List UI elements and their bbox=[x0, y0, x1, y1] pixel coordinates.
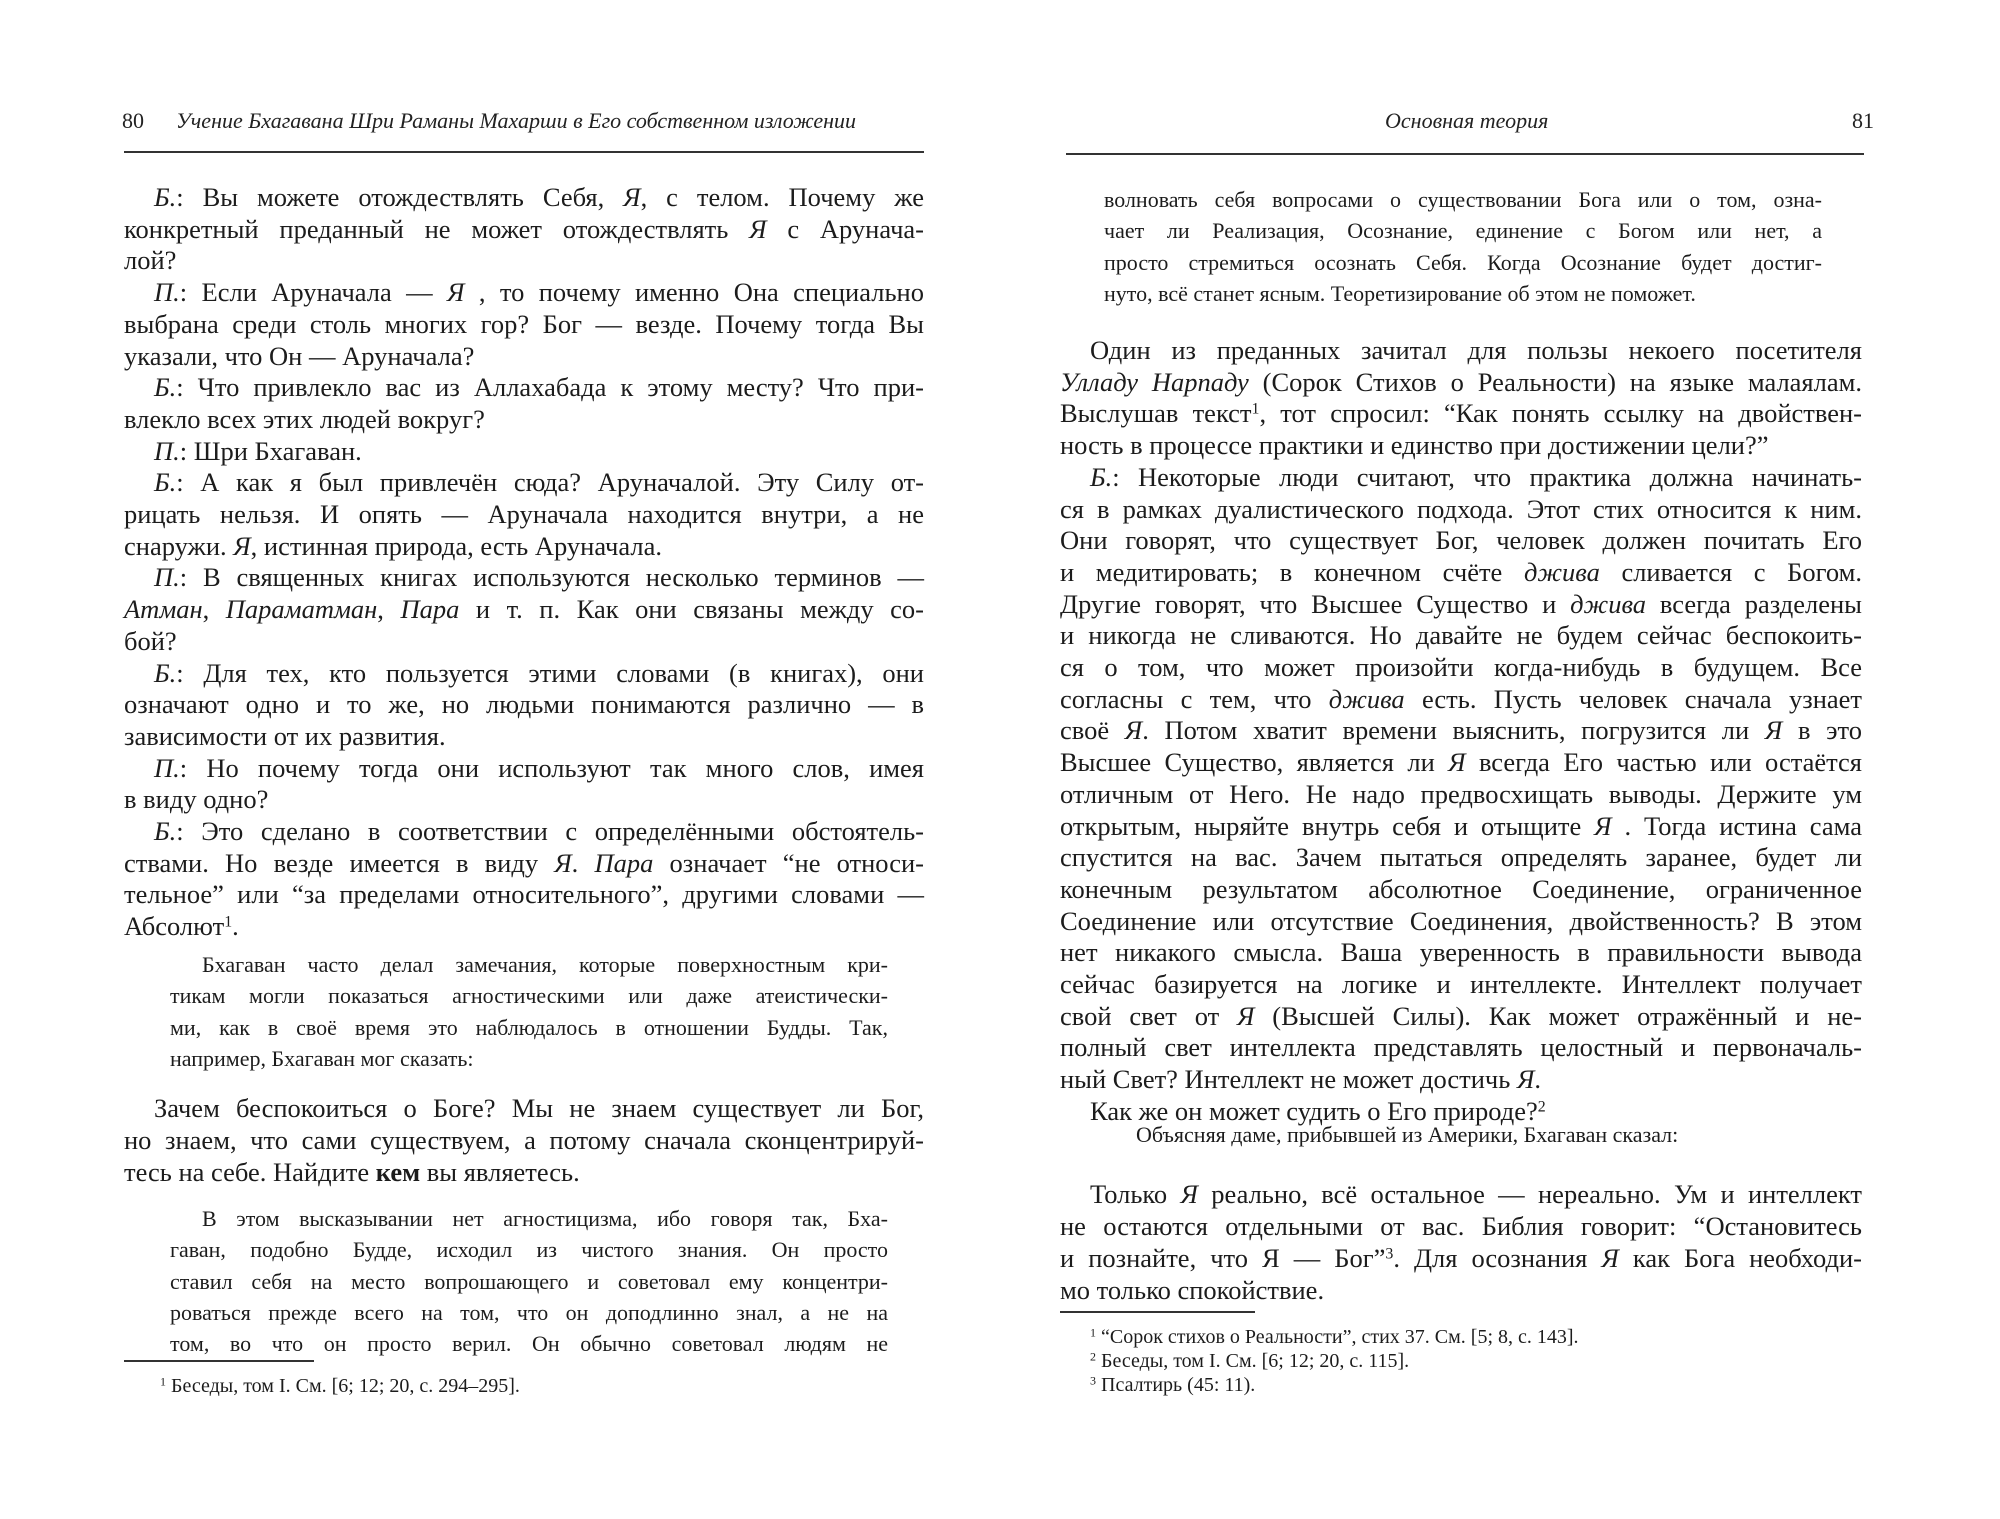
dialogue-line: влекло всех этих людей вокруг? bbox=[124, 403, 485, 435]
dialogue-line: сейчас базируется на логике и интеллекте… bbox=[1060, 968, 1862, 1000]
dialogue-line: своё Я. Потом хватит времени выяснить, п… bbox=[1060, 714, 1862, 746]
footnote-rule bbox=[1060, 1311, 1255, 1313]
footnote: 2 Беседы, том I. См. [6; 12; 20, с. 115]… bbox=[1090, 1349, 1409, 1373]
dialogue-line: ствами. Но везде имеется в виду Я. Пара … bbox=[124, 847, 924, 879]
commentary-line: роваться прежде всего на том, что он доп… bbox=[170, 1297, 888, 1328]
dialogue-line: бой? bbox=[124, 625, 177, 657]
commentary-line: чает ли Реализация, Осознание, единение … bbox=[1104, 215, 1822, 246]
dialogue-line: Они говорят, что существует Бог, человек… bbox=[1060, 524, 1862, 556]
commentary-line: просто стремиться осознать Себя. Когда О… bbox=[1104, 247, 1822, 278]
commentary-line: Бхагаван часто делал замечания, которые … bbox=[202, 949, 888, 980]
dialogue-line: Выслушав текст1, тот спросил: “Как понят… bbox=[1060, 397, 1862, 429]
footnote: 1 Беседы, том I. См. [6; 12; 20, с. 294–… bbox=[160, 1374, 520, 1398]
dialogue-line: ся о том, что может произойти когда-нибу… bbox=[1060, 651, 1862, 683]
dialogue-line: лой? bbox=[124, 244, 176, 276]
dialogue-line: означают одно и то же, но людьми понимаю… bbox=[124, 688, 924, 720]
commentary-line: гаван, подобно Будде, исходил из чистого… bbox=[170, 1234, 888, 1265]
footnote-rule bbox=[124, 1360, 314, 1362]
commentary-line: ми, как в своё время это наблюдалось в о… bbox=[170, 1012, 888, 1043]
dialogue-line: Другие говорят, что Высшее Существо и дж… bbox=[1060, 588, 1862, 620]
dialogue-line: конечным результатом абсолютное Соединен… bbox=[1060, 873, 1862, 905]
dialogue-line: Высшее Существо, является ли Я всегда Ег… bbox=[1060, 746, 1862, 778]
commentary-line: нуто, всё станет ясным. Теоретизирование… bbox=[1104, 278, 1696, 309]
dialogue-line: Атман, Параматман, Пара и т. п. Как они … bbox=[124, 593, 924, 625]
dialogue-line: снаружи. Я, истинная природа, есть Аруна… bbox=[124, 530, 662, 562]
dialogue-line: указали, что Он — Аруначала? bbox=[124, 340, 474, 372]
dialogue-line: ный Свет? Интеллект не может достичь Я. bbox=[1060, 1063, 1541, 1095]
dialogue-line: Б.: Это сделано в соответствии с определ… bbox=[154, 815, 924, 847]
quote-line: и познайте, что Я — Бог”3. Для осознания… bbox=[1060, 1242, 1862, 1274]
dialogue-line: открытым, ныряйте внутрь себя и отыщите … bbox=[1060, 810, 1862, 842]
dialogue-line: Абсолют1. bbox=[124, 910, 239, 942]
commentary-line: В этом высказывании нет агностицизма, иб… bbox=[202, 1203, 888, 1234]
quote-line: Зачем беспокоиться о Боге? Мы не знаем с… bbox=[154, 1092, 924, 1124]
running-head: Учение Бхагавана Шри Раманы Махарши в Ег… bbox=[176, 108, 856, 134]
commentary-line: волновать себя вопросами о существовании… bbox=[1104, 184, 1822, 215]
dialogue-line: и медитировать; в конечном счёте джива с… bbox=[1060, 556, 1862, 588]
page-number: 80 bbox=[122, 108, 144, 134]
dialogue-line: нет никакого смысла. Ваша уверенность в … bbox=[1060, 936, 1862, 968]
dialogue-line: ность в процессе практики и единство при… bbox=[1060, 429, 1769, 461]
dialogue-line: зависимости от их развития. bbox=[124, 720, 446, 752]
header-rule bbox=[124, 151, 924, 153]
dialogue-line: П.: В священных книгах используются неск… bbox=[154, 561, 924, 593]
dialogue-line: рицать нельзя. И опять — Аруначала наход… bbox=[124, 498, 924, 530]
commentary-line: ставил себя на место вопрошающего и сове… bbox=[170, 1266, 888, 1297]
dialogue-line: и никогда не сливаются. Но давайте не бу… bbox=[1060, 619, 1862, 651]
dialogue-line: тельное” или “за пределами относительног… bbox=[124, 878, 924, 910]
right-page: Основная теория 81 волновать себя вопрос… bbox=[1000, 0, 2000, 1519]
quote-line: тесь на себе. Найдите кем вы являетесь. bbox=[124, 1156, 580, 1188]
page-number: 81 bbox=[1852, 108, 1874, 134]
quote-line: не остаются отдельными от вас. Библия го… bbox=[1060, 1210, 1862, 1242]
dialogue-line: Б.: Вы можете отождествлять Себя, Я, с т… bbox=[154, 181, 924, 213]
footnote: 3 Псалтирь (45: 11). bbox=[1090, 1373, 1255, 1397]
dialogue-line: Б.: Что привлекло вас из Аллахабада к эт… bbox=[154, 371, 924, 403]
dialogue-line: отличным от Него. Не надо предвосхищать … bbox=[1060, 778, 1862, 810]
dialogue-line: Соединение или отсутствие Соединения, дв… bbox=[1060, 905, 1862, 937]
quote-line: но знаем, что сами существуем, а потому … bbox=[124, 1124, 924, 1156]
dialogue-line: спустится на вас. Зачем пытаться определ… bbox=[1060, 841, 1862, 873]
commentary-line: Объясняя даме, прибывшей из Америки, Бха… bbox=[1136, 1119, 1678, 1150]
dialogue-line: П.: Но почему тогда они используют так м… bbox=[154, 752, 924, 784]
dialogue-line: Один из преданных зачитал для пользы нек… bbox=[1090, 334, 1862, 366]
dialogue-line: П.: Если Аруначала — Я , то почему именн… bbox=[154, 276, 924, 308]
running-head: Основная теория bbox=[1385, 108, 1548, 134]
dialogue-line: Б.: Некоторые люди считают, что практика… bbox=[1090, 461, 1862, 493]
quote-line: мо только спокойствие. bbox=[1060, 1274, 1324, 1306]
dialogue-line: свой свет от Я (Высшей Силы). Как может … bbox=[1060, 1000, 1862, 1032]
dialogue-line: согласны с тем, что джива есть. Пусть че… bbox=[1060, 683, 1862, 715]
quote-line: Только Я реально, всё остальное — нереал… bbox=[1090, 1178, 1862, 1210]
dialogue-line: Б.: Для тех, кто пользуется этими словам… bbox=[154, 657, 924, 689]
dialogue-line: в виду одно? bbox=[124, 783, 268, 815]
commentary-line: тикам могли показаться агностическими ил… bbox=[170, 980, 888, 1011]
header-rule bbox=[1066, 153, 1864, 155]
left-page: 80 Учение Бхагавана Шри Раманы Махарши в… bbox=[0, 0, 1000, 1519]
dialogue-line: полный свет интеллекта представлять цело… bbox=[1060, 1031, 1862, 1063]
dialogue-line: выбрана среди столь многих гор? Бог — ве… bbox=[124, 308, 924, 340]
dialogue-line: ся в рамках дуалистического подхода. Это… bbox=[1060, 493, 1862, 525]
dialogue-line: П.: Шри Бхагаван. bbox=[154, 435, 362, 467]
commentary-line: том, во что он просто верил. Он обычно с… bbox=[170, 1328, 888, 1359]
footnote: 1 “Сорок стихов о Реальности”, стих 37. … bbox=[1090, 1325, 1579, 1349]
dialogue-line: конкретный преданный не может отождествл… bbox=[124, 213, 924, 245]
commentary-line: например, Бхагаван мог сказать: bbox=[170, 1043, 474, 1074]
dialogue-line: Б.: А как я был привлечён сюда? Аруначал… bbox=[154, 466, 924, 498]
dialogue-line: Улладу Нарпаду (Сорок Стихов о Реальност… bbox=[1060, 366, 1862, 398]
